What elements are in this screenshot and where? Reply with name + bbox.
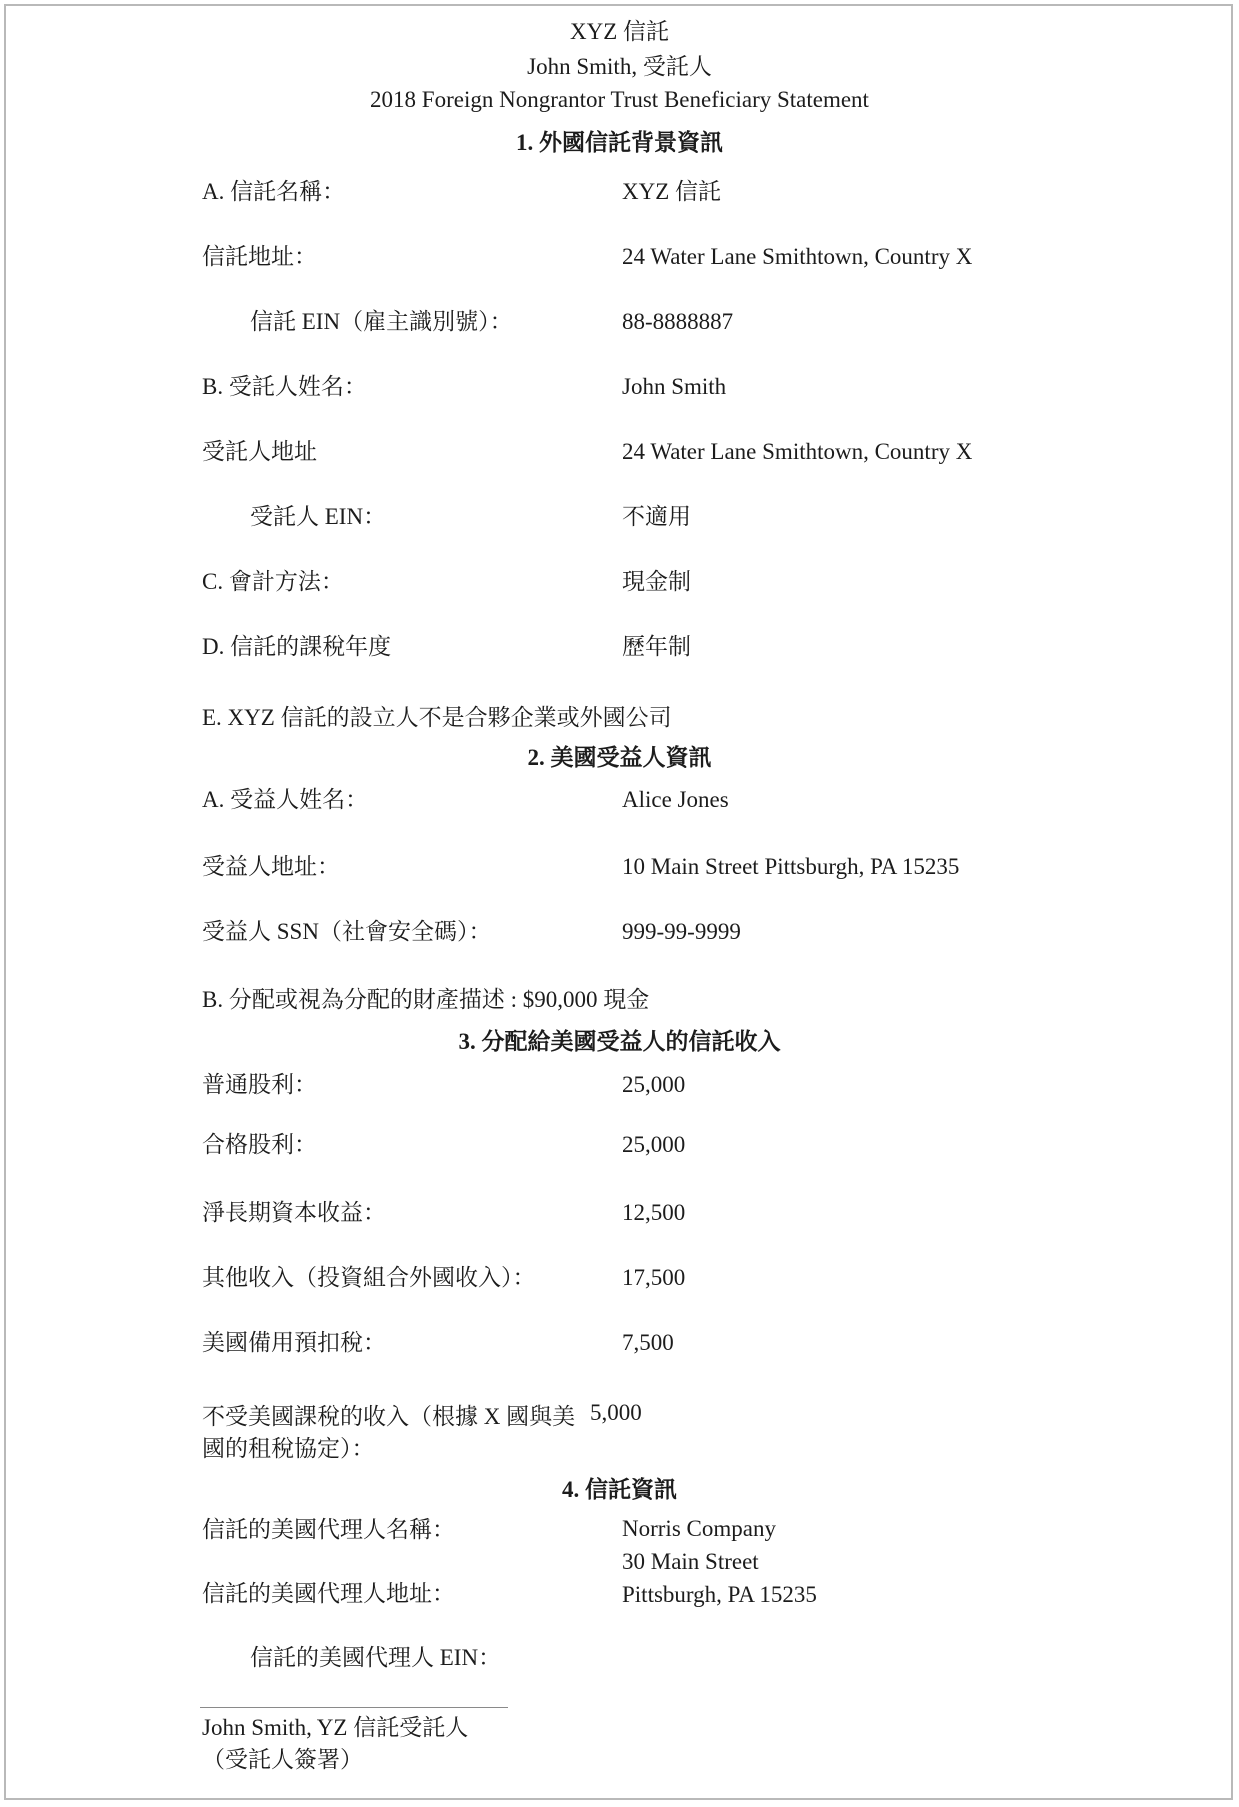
- field-value: 現金制: [622, 570, 1192, 594]
- field-row-tax-year: D. 信託的課稅年度 歷年制: [202, 635, 1192, 659]
- field-value: Alice Jones: [622, 788, 1192, 812]
- note-grantor-statement: E. XYZ 信託的設立人不是合夥企業或外國公司: [202, 706, 1192, 730]
- field-row-beneficiary-ssn: 受益人 SSN（社會安全碼）： 999-99-9999: [202, 920, 1192, 944]
- field-label: A. 受益人姓名：: [202, 788, 622, 812]
- field-row-accounting-method: C. 會計方法： 現金制: [202, 570, 1192, 594]
- field-value: 25,000: [622, 1133, 1192, 1157]
- field-value: 24 Water Lane Smithtown, Country X: [622, 245, 1192, 269]
- field-row-beneficiary-address: 受益人地址： 10 Main Street Pittsburgh, PA 152…: [202, 855, 1192, 879]
- field-row-other-income: 其他收入（投資組合外國收入）： 17,500: [202, 1266, 1192, 1290]
- field-row-qualified-dividends: 合格股利： 25,000: [202, 1133, 1192, 1157]
- agent-name-label: 信託的美國代理人名稱：: [202, 1518, 455, 1542]
- note-distribution-description: B. 分配或視為分配的財產描述 : $90,000 現金: [202, 988, 1192, 1012]
- field-value: 歷年制: [622, 635, 1192, 659]
- field-label: 合格股利：: [202, 1133, 622, 1157]
- field-value: 不適用: [622, 505, 1192, 529]
- field-value: 88-8888887: [622, 310, 1192, 334]
- field-label: C. 會計方法：: [202, 570, 622, 594]
- agent-ein-label: 信託的美國代理人 EIN：: [250, 1646, 501, 1670]
- field-row-treaty-exempt-income: 不受美國課稅的收入（根據 X 國與美國的租稅協定）： 5,000: [202, 1401, 1192, 1465]
- field-row-trustee-ein: 受託人 EIN： 不適用: [202, 505, 1192, 529]
- field-label: 受託人地址: [202, 440, 622, 464]
- field-label: 其他收入（投資組合外國收入）：: [202, 1266, 622, 1290]
- field-row-longterm-capital-gain: 淨長期資本收益： 12,500: [202, 1201, 1192, 1225]
- field-row-ordinary-dividends: 普通股利： 25,000: [202, 1073, 1192, 1097]
- field-label: 信託地址：: [202, 245, 622, 269]
- statement-title: 2018 Foreign Nongrantor Trust Beneficiar…: [0, 88, 1239, 112]
- trust-name-title: XYZ 信託: [0, 20, 1239, 44]
- field-label: A. 信託名稱：: [202, 180, 622, 204]
- field-label: 受益人地址：: [202, 855, 622, 879]
- field-row-trustee-name: B. 受託人姓名： John Smith: [202, 375, 1192, 399]
- section-2-heading: 2. 美國受益人資訊: [0, 746, 1239, 770]
- field-row-beneficiary-name: A. 受益人姓名： Alice Jones: [202, 788, 1192, 812]
- field-label: D. 信託的課稅年度: [202, 635, 622, 659]
- agent-address-label: 信託的美國代理人地址：: [202, 1582, 455, 1606]
- field-label: 受益人 SSN（社會安全碼）：: [202, 920, 622, 944]
- field-value: 999-99-9999: [622, 920, 1192, 944]
- field-value: 5,000: [590, 1401, 1192, 1425]
- field-label: 不受美國課稅的收入（根據 X 國與美國的租稅協定）：: [202, 1401, 590, 1465]
- page-border: [4, 4, 1233, 1800]
- agent-address-block: Norris Company 30 Main Street Pittsburgh…: [622, 1512, 817, 1611]
- field-label: 淨長期資本收益：: [202, 1201, 622, 1225]
- field-row-trustee-address: 受託人地址 24 Water Lane Smithtown, Country X: [202, 440, 1192, 464]
- signature-line: [200, 1707, 508, 1708]
- field-value: 24 Water Lane Smithtown, Country X: [622, 440, 1192, 464]
- trustee-line: John Smith, 受託人: [0, 55, 1239, 79]
- field-label: 受託人 EIN：: [202, 505, 622, 529]
- section-4-heading: 4. 信託資訊: [0, 1478, 1239, 1502]
- field-label: 美國備用預扣稅：: [202, 1331, 622, 1355]
- field-value: 25,000: [622, 1073, 1192, 1097]
- field-value: John Smith: [622, 375, 1192, 399]
- field-value: 12,500: [622, 1201, 1192, 1225]
- field-value: XYZ 信託: [622, 180, 1192, 204]
- field-row-trust-name: A. 信託名稱： XYZ 信託: [202, 180, 1192, 204]
- field-label: B. 受託人姓名：: [202, 375, 622, 399]
- field-label: 信託 EIN（雇主識別號）：: [202, 310, 622, 334]
- document-page: XYZ 信託 John Smith, 受託人 2018 Foreign Nong…: [0, 0, 1239, 1807]
- field-value: 17,500: [622, 1266, 1192, 1290]
- field-label: 普通股利：: [202, 1073, 622, 1097]
- agent-name-value: Norris Company: [622, 1512, 817, 1545]
- field-row-trust-address: 信託地址： 24 Water Lane Smithtown, Country X: [202, 245, 1192, 269]
- section-1-heading: 1. 外國信託背景資訊: [0, 131, 1239, 155]
- signature-caption: （受託人簽署）: [202, 1748, 363, 1772]
- field-row-trust-ein: 信託 EIN（雇主識別號）： 88-8888887: [202, 310, 1192, 334]
- signature-name: John Smith, YZ 信託受託人: [202, 1716, 468, 1740]
- field-row-backup-withholding: 美國備用預扣稅： 7,500: [202, 1331, 1192, 1355]
- field-value: 7,500: [622, 1331, 1192, 1355]
- field-value: 10 Main Street Pittsburgh, PA 15235: [622, 855, 1192, 879]
- agent-street-value: 30 Main Street: [622, 1545, 817, 1578]
- agent-city-value: Pittsburgh, PA 15235: [622, 1578, 817, 1611]
- section-3-heading: 3. 分配給美國受益人的信託收入: [0, 1030, 1239, 1054]
